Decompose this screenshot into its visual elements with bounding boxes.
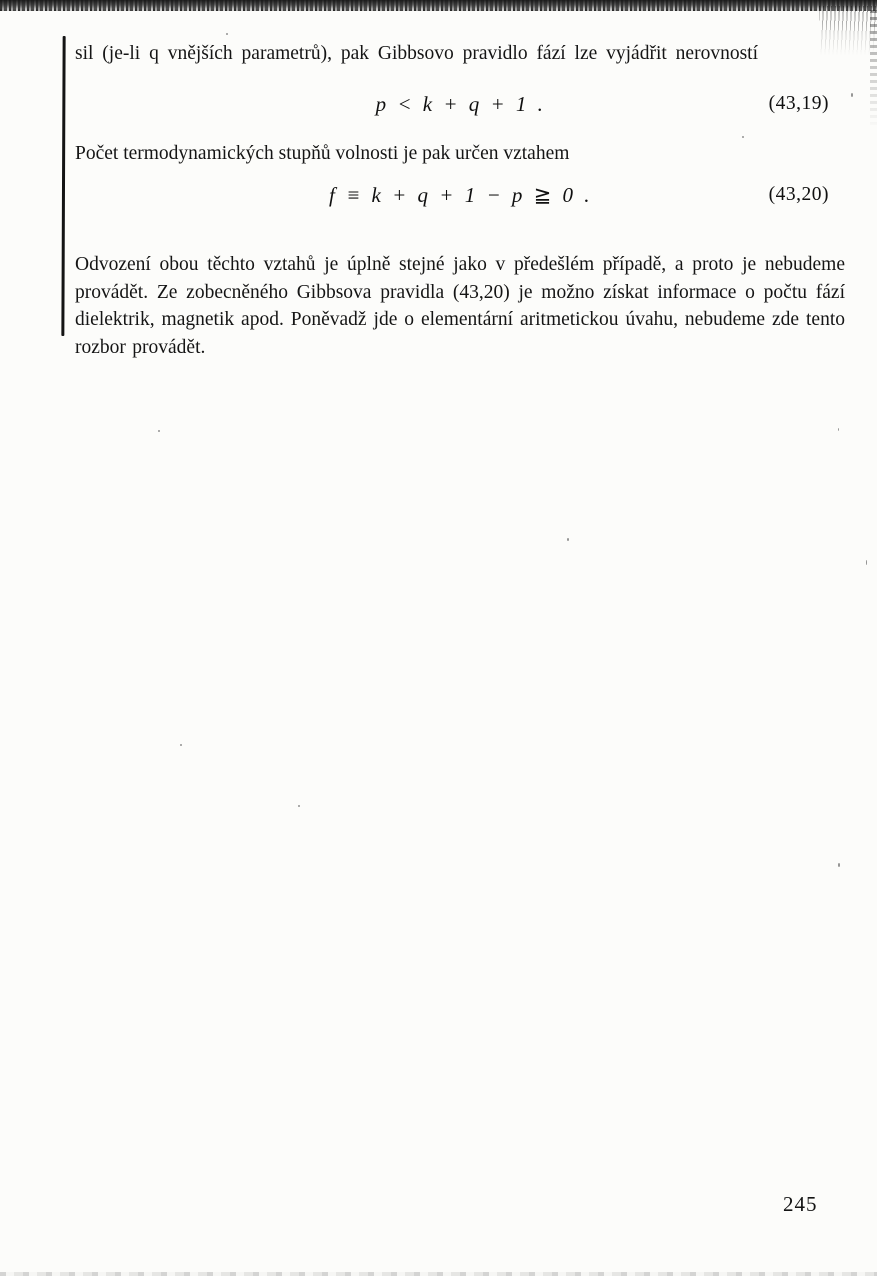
equation-formula: f ≡ k + q + 1 − p ≧ 0 . — [329, 183, 591, 207]
scanned-page: { "content": { "para1": "sil (je-li q vn… — [0, 0, 877, 1276]
equation-formula: p < k + q + 1 . — [376, 92, 545, 116]
paragraph-derivation-note: Odvození obou těchto vztahů je úplně ste… — [75, 251, 845, 361]
speck-artifact — [567, 538, 569, 541]
page-number: 245 — [783, 1192, 818, 1217]
speck-artifact — [851, 93, 853, 97]
speck-artifact — [158, 430, 160, 432]
scan-top-edge-artifact — [0, 0, 877, 11]
paragraph-intro: sil (je-li q vnějších parametrů), pak Gi… — [75, 40, 845, 68]
left-margin-line-artifact — [61, 36, 65, 336]
speck-artifact — [298, 805, 300, 807]
paragraph-degrees-of-freedom: Počet termodynamických stupňů volnosti j… — [75, 140, 845, 168]
equation-line-43-20: f ≡ k + q + 1 − p ≧ 0 . (43,20) — [75, 183, 845, 217]
text-column: sil (je-li q vnějších parametrů), pak Gi… — [75, 40, 845, 361]
equation-line-43-19: p < k + q + 1 . (43,19) — [75, 92, 845, 122]
speck-artifact — [838, 863, 840, 867]
speck-artifact — [226, 33, 228, 35]
equation-number: (43,20) — [769, 184, 829, 206]
scan-bottom-edge-artifact — [0, 1272, 877, 1276]
speck-artifact — [838, 428, 839, 431]
speck-artifact — [866, 560, 867, 565]
equation-number: (43,19) — [769, 93, 829, 115]
speck-artifact — [180, 744, 182, 746]
scan-right-edge-artifact — [870, 10, 877, 140]
